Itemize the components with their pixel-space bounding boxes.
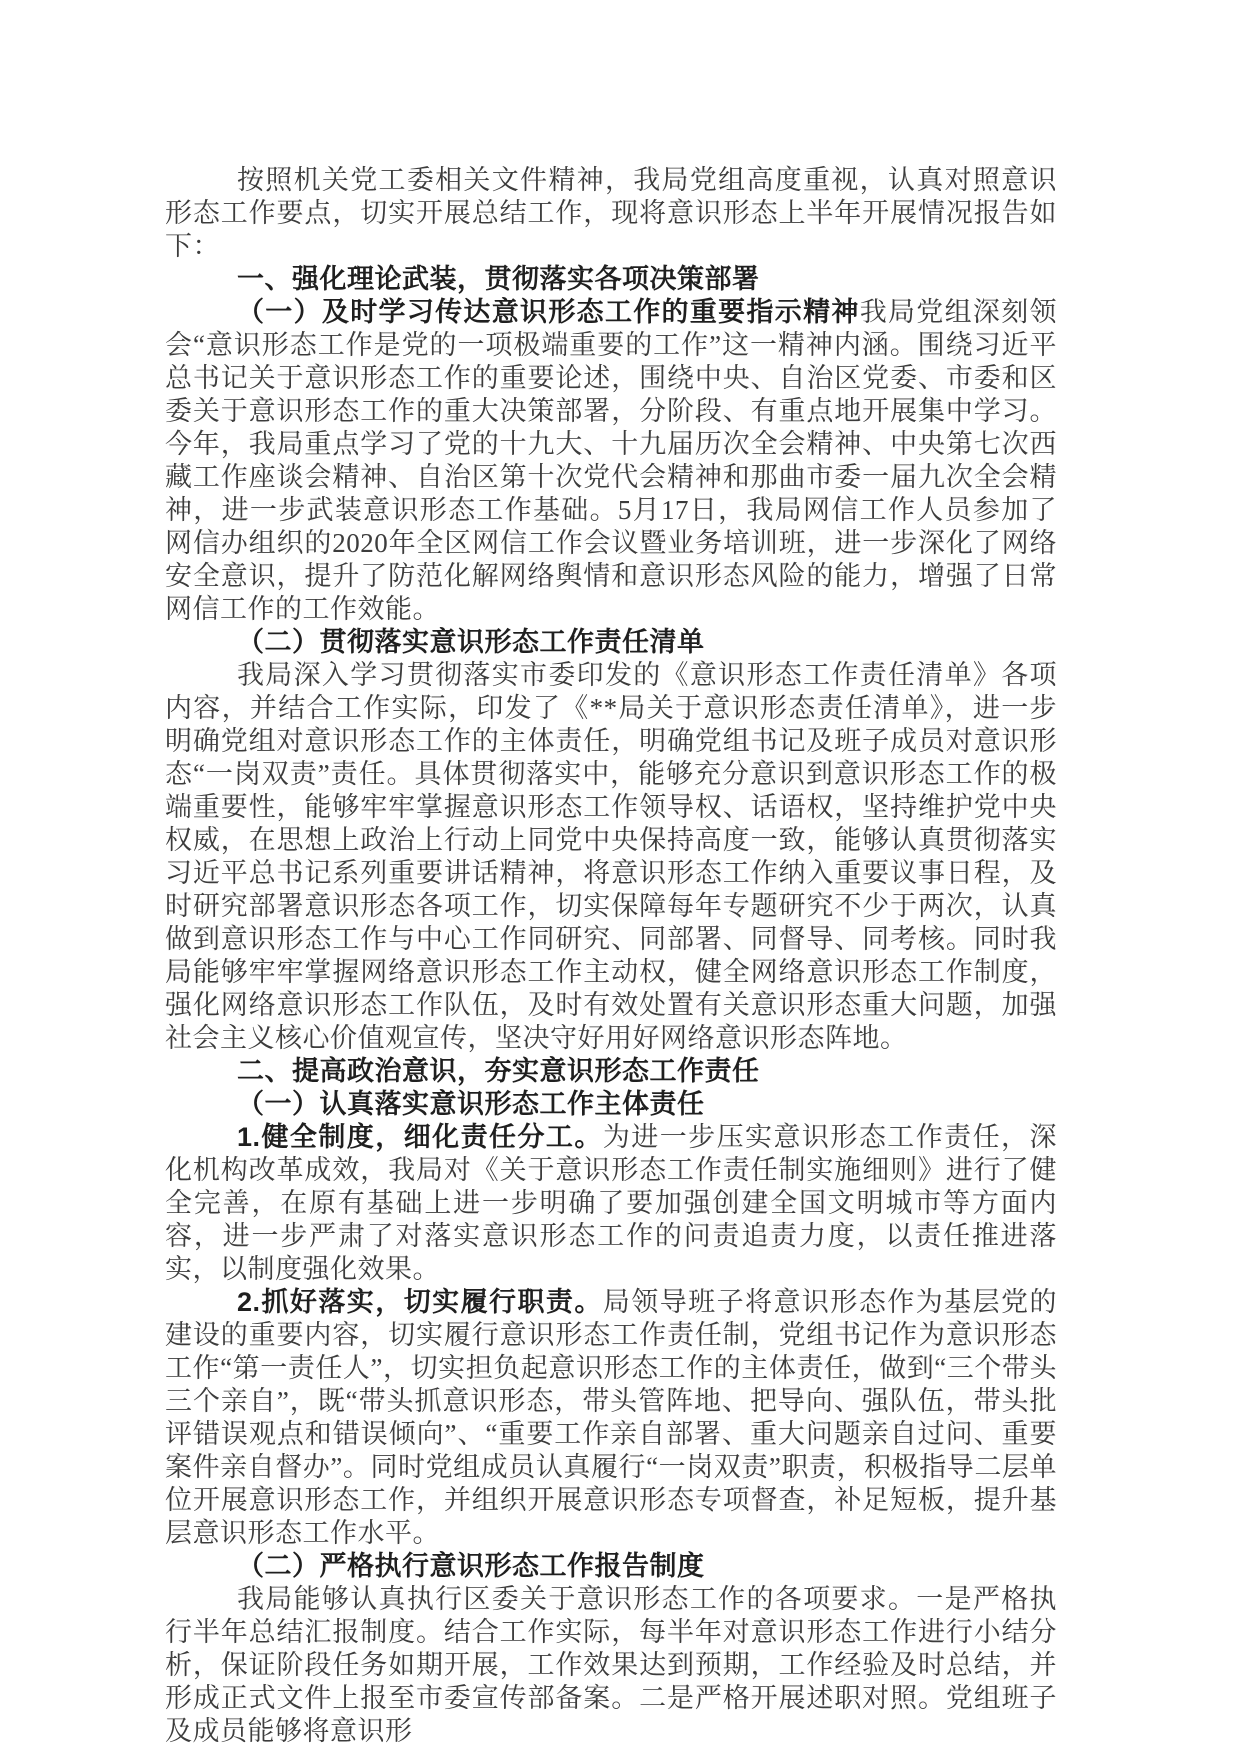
subheading-2-1: （一）认真落实意识形态工作主体责任 [165, 1088, 1057, 1121]
subheading-1-2: （二）贯彻落实意识形态工作责任清单 [165, 626, 1057, 659]
paragraph-section-2-1-item-2: 2.抓好落实，切实履行职责。局领导班子将意识形态作为基层党的建设的重要内容，切实… [165, 1286, 1057, 1550]
paragraph-section-2-2: 我局能够认真执行区委关于意识形态工作的各项要求。一是严格执行半年总结汇报制度。结… [165, 1583, 1057, 1748]
item-2-body: 局领导班子将意识形态作为基层党的建设的重要内容，切实履行意识形态工作责任制，党组… [165, 1287, 1057, 1548]
intro-paragraph: 按照机关党工委相关文件精神，我局党组高度重视，认真对照意识形态工作要点，切实开展… [165, 164, 1057, 263]
heading-section-1: 一、强化理论武装，贯彻落实各项决策部署 [165, 263, 1057, 296]
paragraph-section-1-1: （一）及时学习传达意识形态工作的重要指示精神我局党组深刻领会“意识形态工作是党的… [165, 296, 1057, 626]
subheading-1-1-runin: （一）及时学习传达意识形态工作的重要指示精神 [237, 297, 860, 327]
item-2-lead: 2.抓好落实，切实履行职责。 [237, 1287, 603, 1317]
paragraph-section-1-2: 我局深入学习贯彻落实市委印发的《意识形态工作责任清单》各项内容，并结合工作实际，… [165, 659, 1057, 1055]
document-page: 按照机关党工委相关文件精神，我局党组高度重视，认真对照意识形态工作要点，切实开展… [165, 164, 1057, 1748]
subheading-2-2: （二）严格执行意识形态工作报告制度 [165, 1550, 1057, 1583]
paragraph-section-2-1-item-1: 1.健全制度，细化责任分工。为进一步压实意识形态工作责任，深化机构改革成效，我局… [165, 1121, 1057, 1286]
paragraph-1-1-body: 我局党组深刻领会“意识形态工作是党的一项极端重要的工作”这一精神内涵。围绕习近平… [165, 297, 1057, 624]
heading-section-2: 二、提高政治意识，夯实意识形态工作责任 [165, 1055, 1057, 1088]
item-1-lead: 1.健全制度，细化责任分工。 [237, 1122, 603, 1152]
